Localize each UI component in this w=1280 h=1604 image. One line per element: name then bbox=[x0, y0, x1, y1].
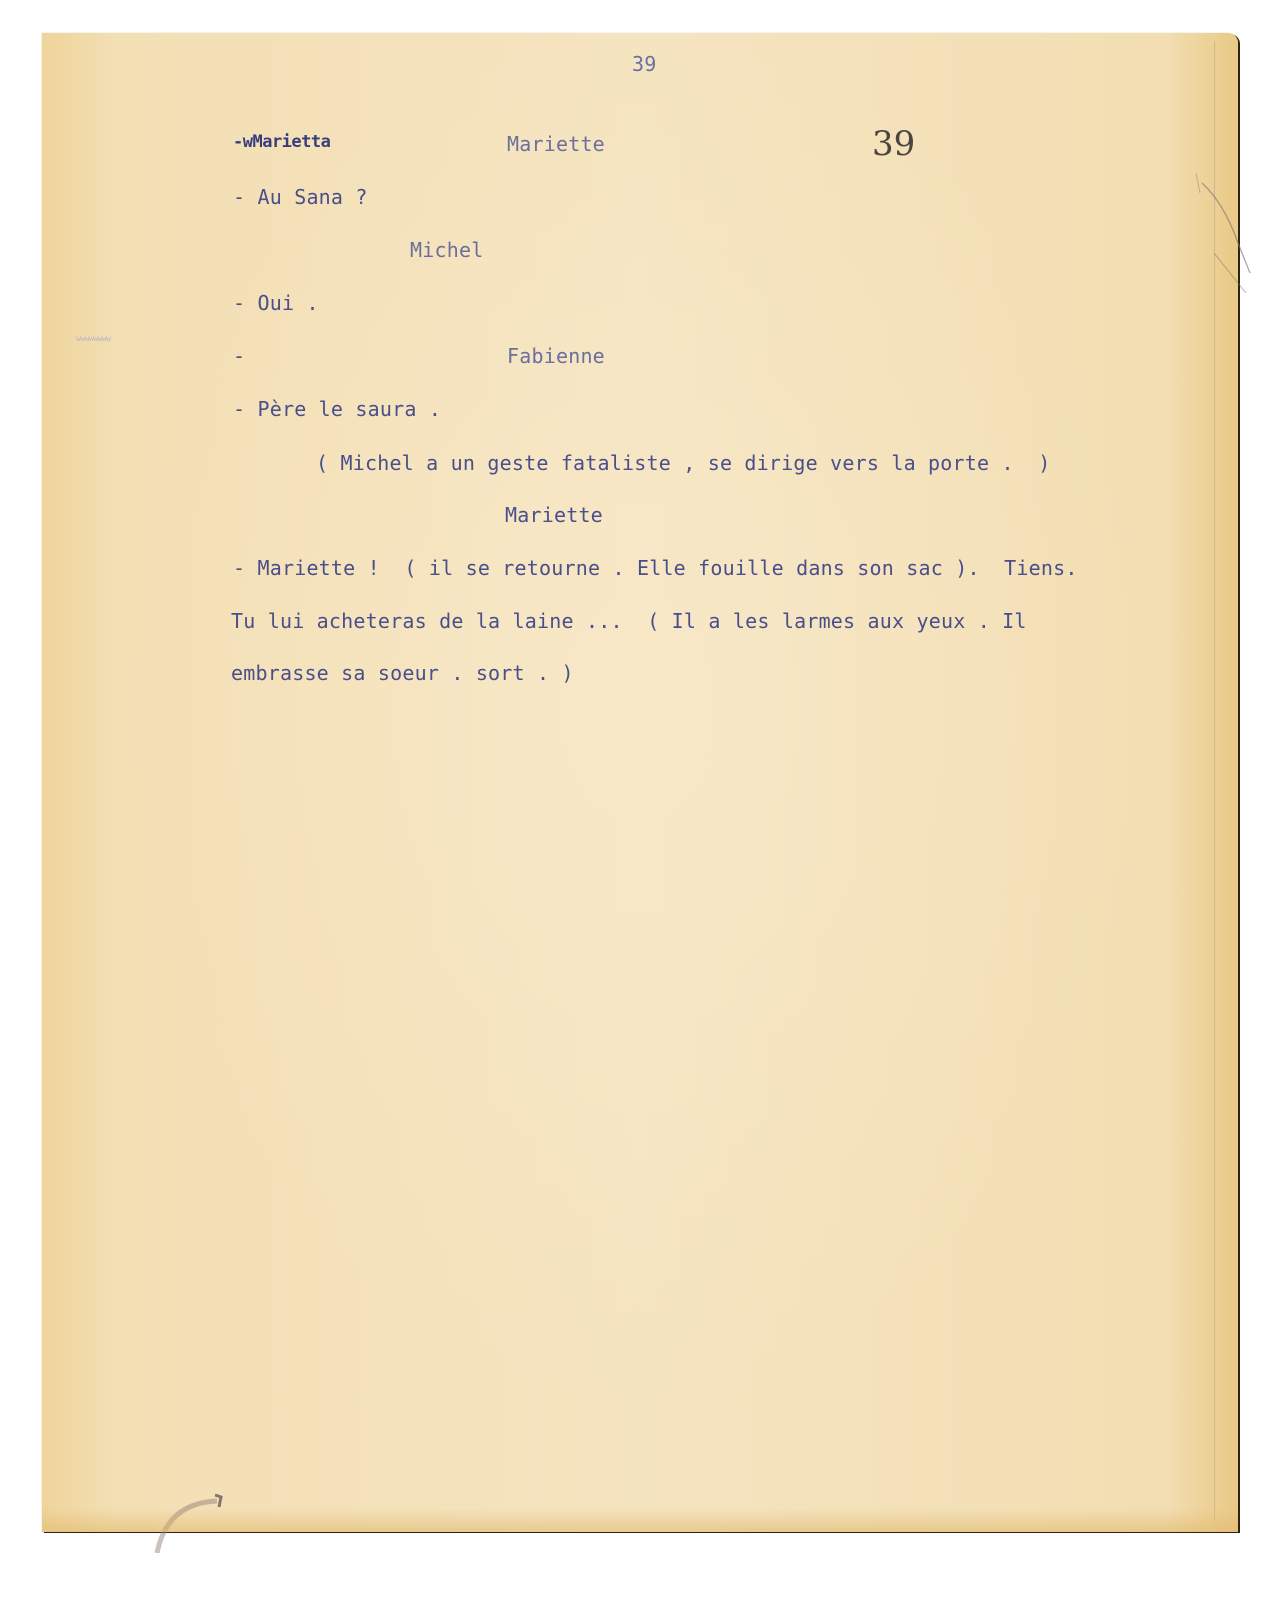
speaker-name: Michel bbox=[410, 238, 483, 262]
faint-margin-mark: wwwwwwww bbox=[76, 334, 111, 343]
typed-page-number: 39 bbox=[632, 52, 656, 76]
dialogue-line: embrasse sa soeur . sort . ) bbox=[231, 661, 574, 685]
dialogue-line: - Au Sana ? bbox=[233, 185, 368, 209]
typewritten-page bbox=[42, 33, 1238, 1532]
struck-out-name: -wMarietta bbox=[233, 132, 330, 152]
speaker-name: Mariette bbox=[505, 503, 603, 527]
dialogue-line: - Père le saura . bbox=[233, 397, 441, 421]
dialogue-line: Tu lui acheteras de la laine ... ( Il a … bbox=[231, 609, 1027, 633]
dialogue-line: - Oui . bbox=[233, 291, 319, 315]
dialogue-dash: - bbox=[233, 344, 245, 368]
stage-direction: ( Michel a un geste fataliste , se dirig… bbox=[316, 451, 1050, 475]
speaker-name: Fabienne bbox=[507, 344, 605, 368]
speaker-name: Mariette bbox=[507, 132, 605, 156]
paper-stain bbox=[97, 1473, 227, 1553]
pencil-scribble-mark bbox=[1194, 143, 1254, 293]
dialogue-line: - Mariette ! ( il se retourne . Elle fou… bbox=[233, 556, 1078, 580]
handwritten-page-number: 39 bbox=[872, 124, 915, 164]
